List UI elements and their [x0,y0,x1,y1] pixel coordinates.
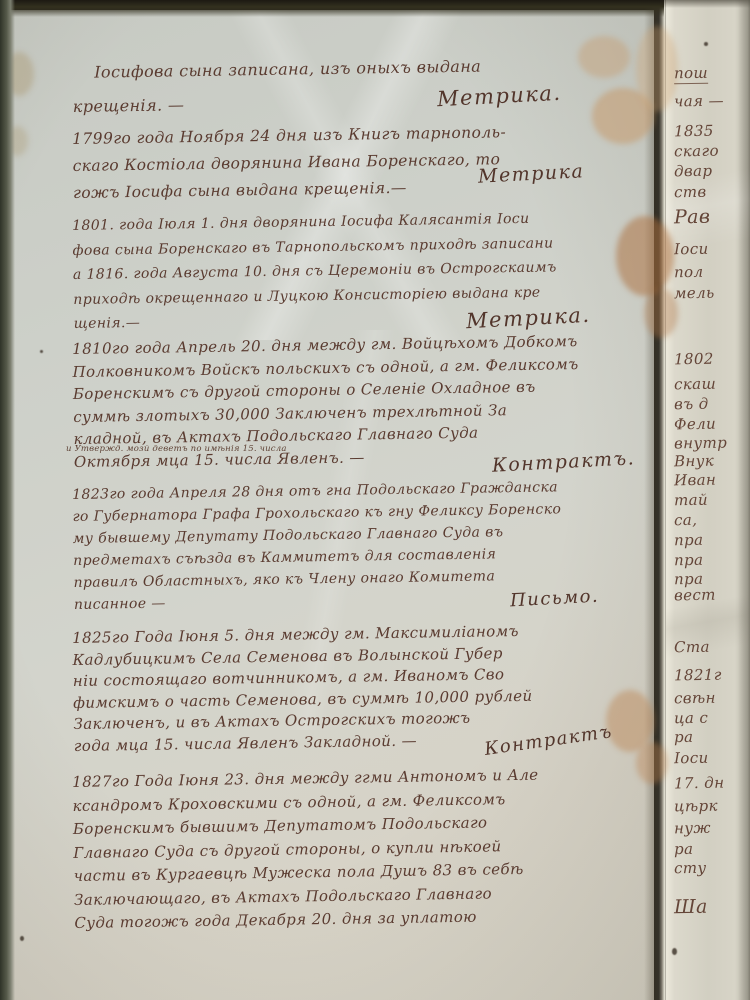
entry-paragraph-intro: Іосифова сына записана, изъ оныхъ выдана… [72,50,482,124]
handwritten-line: крещенія. — [73,84,482,124]
entry-paragraph-1823: 1823го года Апреля 28 дня отъ гна Подоль… [72,476,563,616]
handwritten-fragment: вест [674,586,716,605]
handwritten-fragment: пош [674,64,708,85]
entry-paragraph-1799: 1799го года Ноября 24 дня изъ Книгъ тарн… [72,119,507,207]
handwritten-fragment: Ста [674,638,710,657]
entry-paragraph-1825: 1825го Года Іюня 5. дня между гм. Максим… [72,621,533,757]
interlinear-note: и Утвержд. мозй деветъ по имѣнія 15. чис… [66,444,287,454]
handwritten-fragment: ца с [674,709,708,728]
handwritten-fragment: двар [674,162,713,181]
entry-paragraph-1827: 1827го Года Іюня 23. дня между ггми Анто… [72,764,541,936]
handwritten-fragment: нуж [674,819,711,838]
handwritten-fragment: пра [674,531,704,550]
scan-left-edge [0,0,15,1000]
handwritten-fragment: ств [674,183,707,202]
handwritten-fragment: скаго [674,142,719,161]
paper-speck [40,350,43,353]
adjacent-page-text-column: пош чая — 1835 скаго двар ств Рав Іоси п… [666,0,748,1000]
handwritten-fragment: свѣн [674,689,716,708]
handwritten-fragment: Іоси [674,240,709,259]
handwritten-fragment: Рав [674,206,711,229]
handwritten-fragment: Ша [674,896,708,919]
handwritten-line: Іосифова сына записана, изъ оныхъ выдана [72,50,481,90]
handwritten-fragment: 1835 [674,122,714,141]
page-fold-gutter [644,0,668,1000]
handwritten-fragment: цѣрк [674,797,718,816]
paper-speck [20,936,24,941]
handwritten-fragment: 1802 [674,350,714,369]
handwritten-fragment: скаш [674,375,716,394]
handwritten-fragment: чая — [674,92,724,111]
handwritten-fragment: пол [674,263,704,282]
handwritten-fragment: пра [674,551,704,570]
handwritten-fragment: внутр [674,434,727,453]
handwritten-fragment: Внук [674,452,714,471]
handwritten-fragment: тай [674,491,708,510]
handwritten-fragment: мель [674,284,715,303]
handwritten-fragment: 1821г [674,666,722,685]
handwritten-fragment: са, [674,511,698,529]
handwritten-fragment: сту [674,859,707,878]
handwritten-fragment: ра [674,840,694,858]
manuscript-scan: Іосифова сына записана, изъ оныхъ выдана… [0,0,750,1000]
handwritten-fragment: Фели [674,415,716,434]
scan-top-edge [0,0,664,17]
handwritten-fragment: Іоси [674,749,709,768]
handwritten-fragment: ра [674,728,694,746]
handwritten-fragment: въ д [674,395,709,414]
handwritten-fragment: Иван [674,471,717,490]
handwritten-fragment: 17. дн [674,774,725,793]
